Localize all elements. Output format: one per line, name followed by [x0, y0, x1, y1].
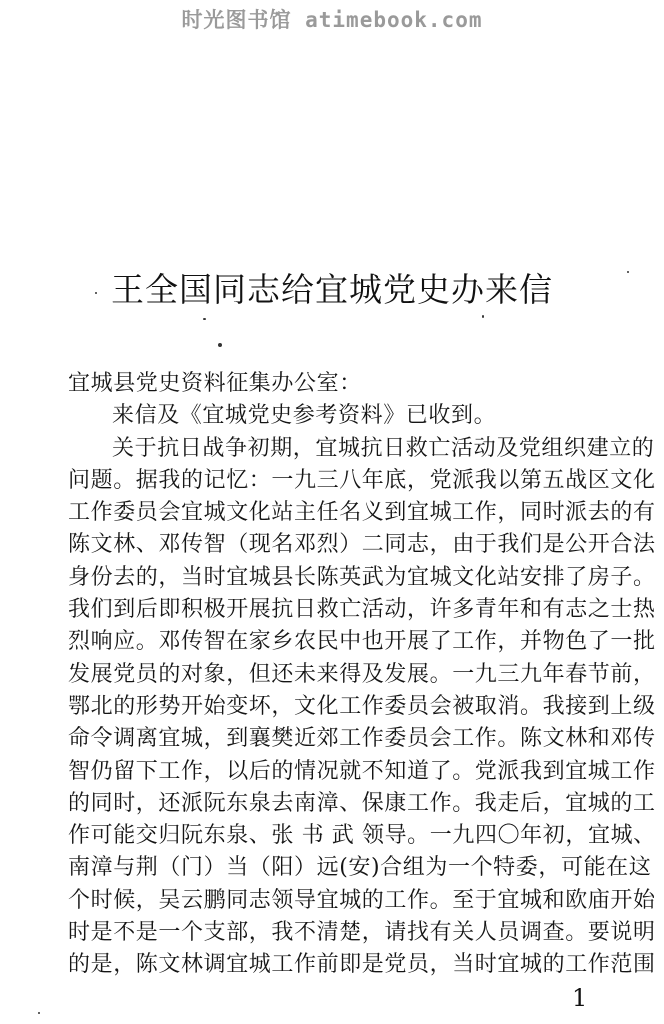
- text-line: 问题。据我的记忆：一九三八年底，党派我以第五战区文化: [68, 465, 628, 497]
- page-number: 1: [572, 984, 587, 1012]
- letter-title: 王全国同志给宜城党史办来信: [0, 264, 664, 311]
- text-line: 发展党员的对象，但还未来得及发展。一九三九年春节前，: [68, 659, 628, 691]
- watermark: 时光图书馆 atimebook.com: [0, 4, 664, 34]
- text-line: 陈文林、邓传智（现名邓烈）二同志，由于我们是公开合法: [68, 529, 628, 561]
- salutation: 宜城县党史资料征集办公室：: [68, 368, 628, 400]
- text-line: 作可能交归阮东泉、张 书 武 领导。一九四〇年初，宜城、: [68, 820, 628, 852]
- text-line: 烈响应。邓传智在家乡农民中也开展了工作，并物色了一批: [68, 626, 628, 658]
- text-line: 身份去的，当时宜城县长陈英武为宜城文化站安排了房子。: [68, 562, 628, 594]
- scan-speck: [627, 271, 629, 273]
- letter-body: 宜城县党史资料征集办公室： 来信及《宜城党史参考资料》已收到。 关于抗日战争初期…: [68, 368, 628, 982]
- scan-speck: [95, 292, 97, 294]
- text-line: 智仍留下工作，以后的情况就不知道了。党派我到宜城工作: [68, 756, 628, 788]
- scan-speck: [218, 343, 222, 347]
- text-line: 南漳与荆（门）当（阳）远(安)合组为一个特委，可能在这: [68, 852, 628, 884]
- text-line: 命令调离宜城，到襄樊近郊工作委员会工作。陈文林和邓传: [68, 723, 628, 755]
- text-line: 来信及《宜城党史参考资料》已收到。: [68, 400, 628, 432]
- text-line: 时是不是一个支部，我不清楚，请找有关人员调查。要说明: [68, 917, 628, 949]
- text-line: 的是，陈文林调宜城工作前即是党员，当时宜城的工作范围: [68, 949, 628, 981]
- text-line: 鄂北的形势开始变坏，文化工作委员会被取消。我接到上级: [68, 691, 628, 723]
- scan-speck: [38, 1012, 40, 1014]
- text-line: 的同时，还派阮东泉去南漳、保康工作。我走后，宜城的工: [68, 788, 628, 820]
- text-line: 关于抗日战争初期，宜城抗日救亡活动及党组织建立的: [68, 433, 628, 465]
- text-line: 工作委员会宜城文化站主任名义到宜城工作，同时派去的有: [68, 497, 628, 529]
- text-line: 我们到后即积极开展抗日救亡活动，许多青年和有志之士热: [68, 594, 628, 626]
- scan-speck: [482, 315, 484, 318]
- scan-speck: [203, 318, 206, 320]
- text-line: 个时候，吴云鹏同志领导宜城的工作。至于宜城和欧庙开始: [68, 885, 628, 917]
